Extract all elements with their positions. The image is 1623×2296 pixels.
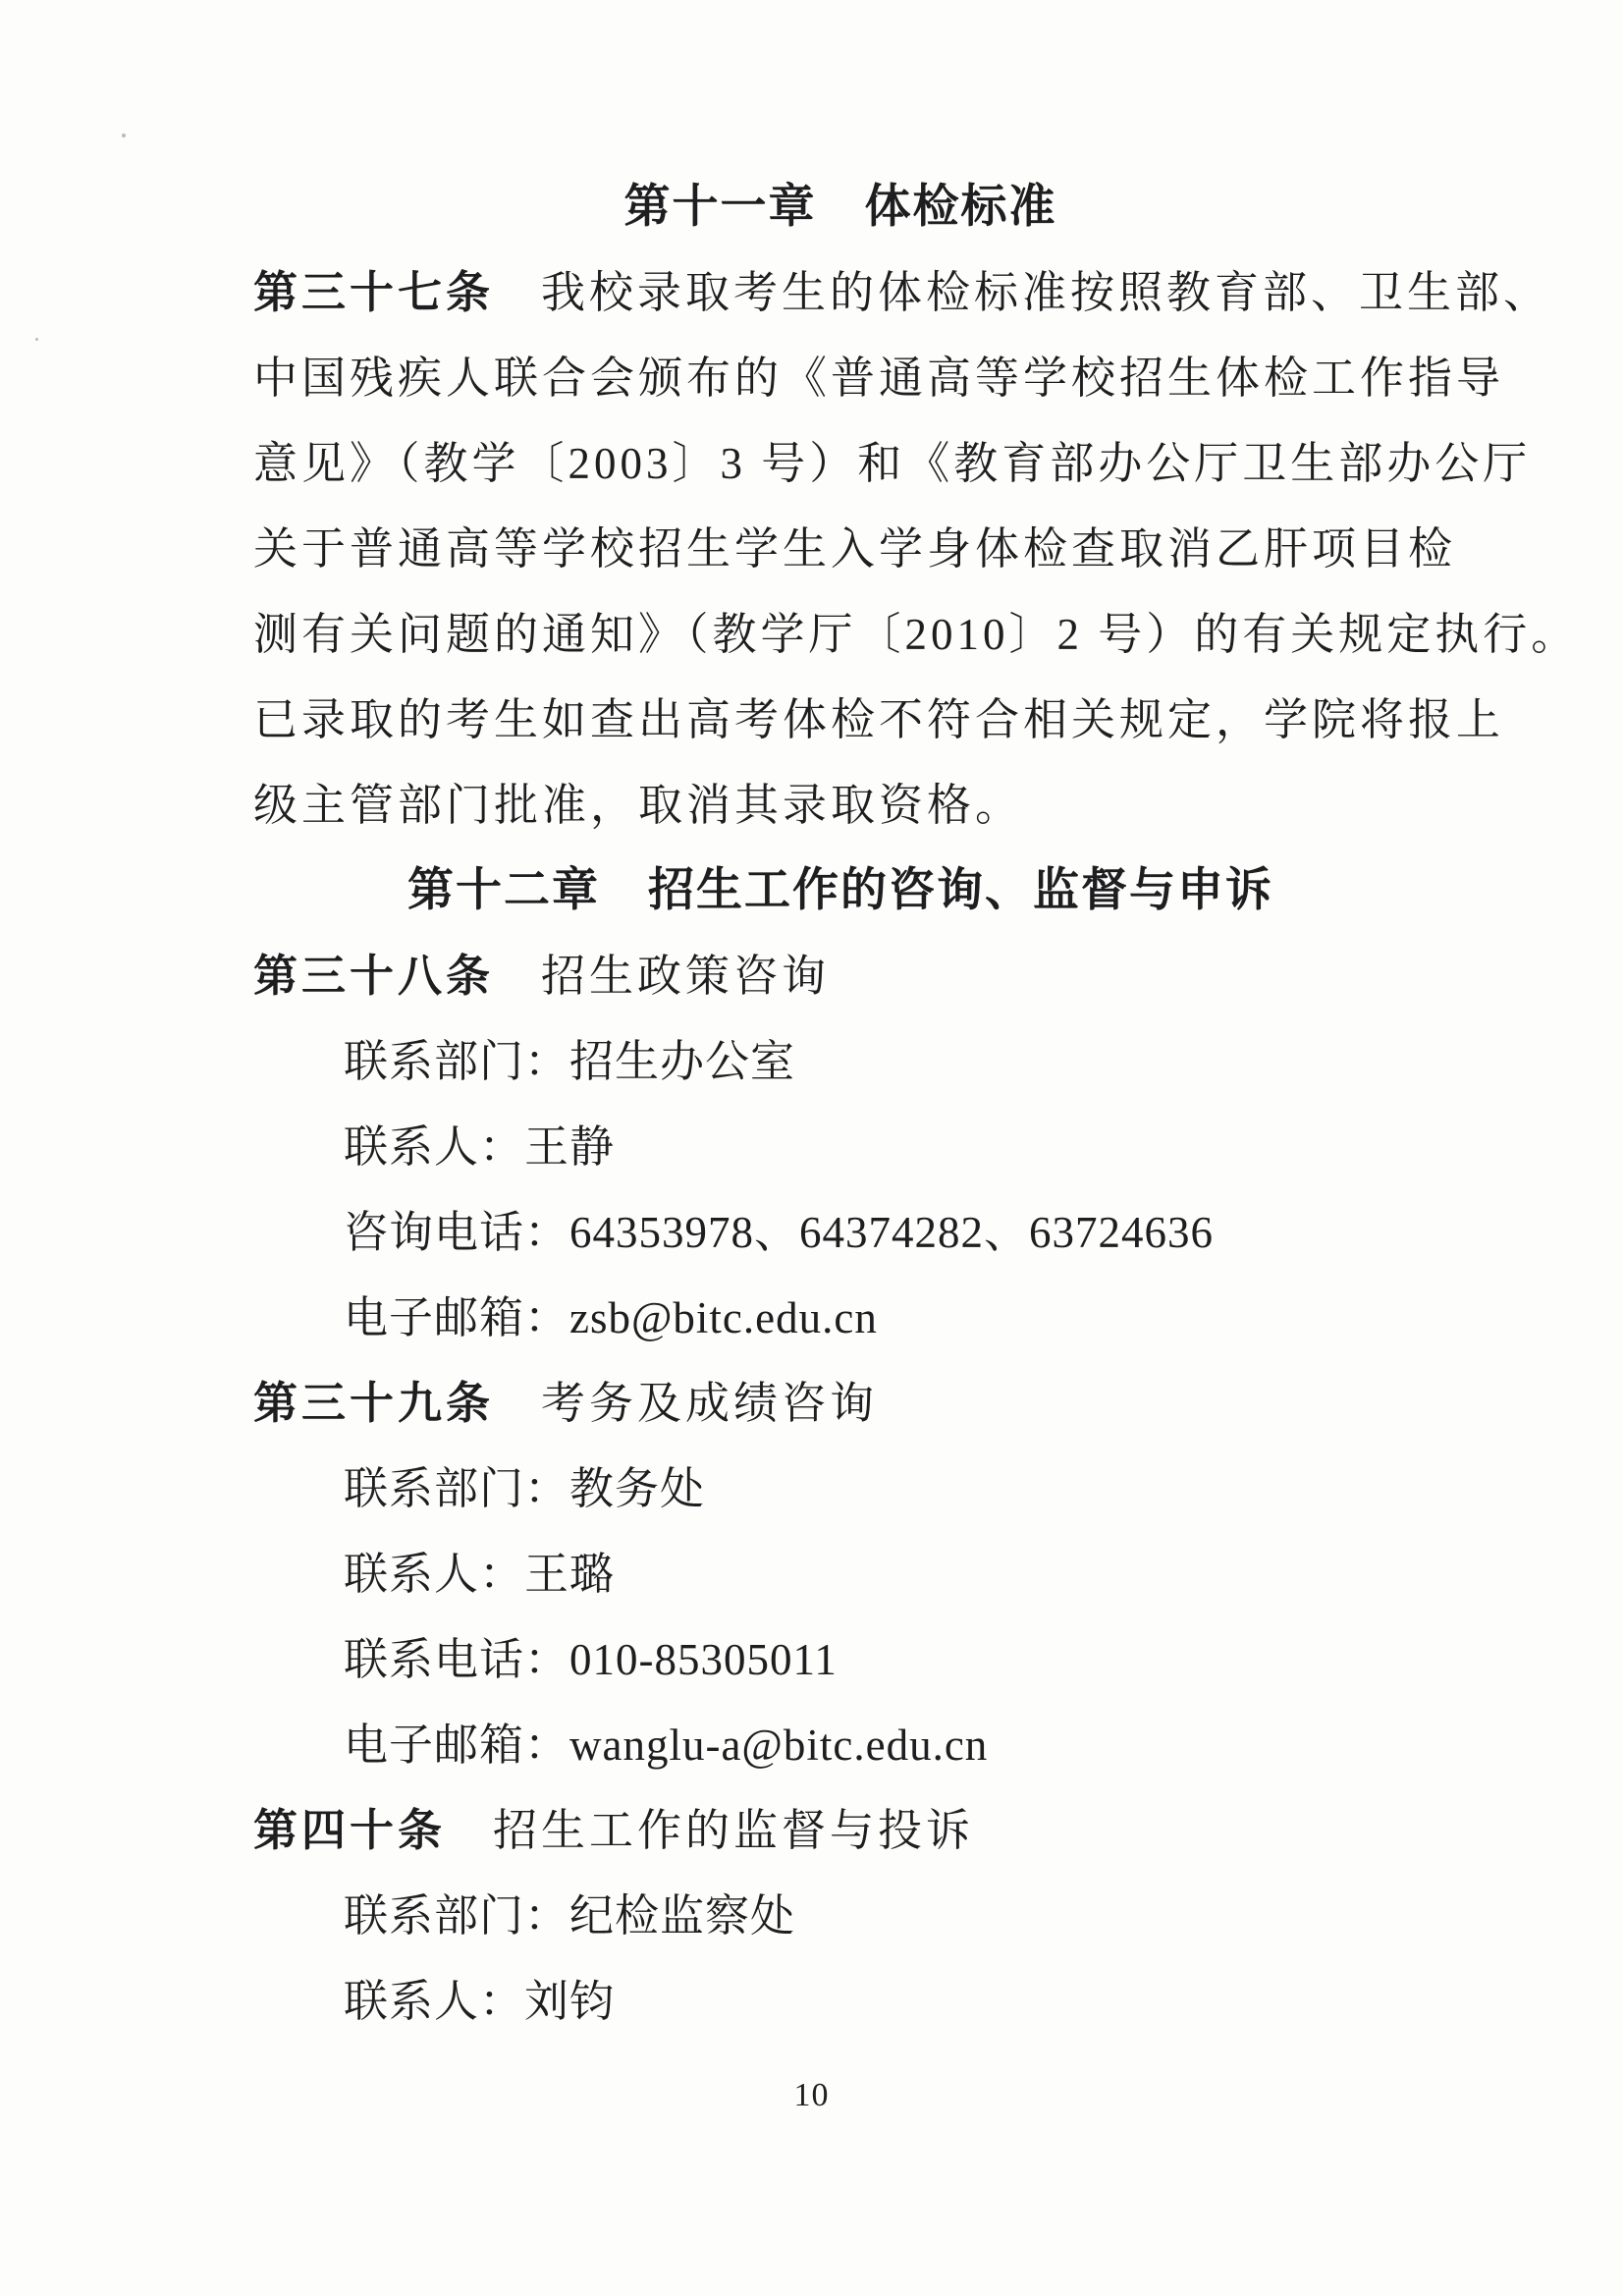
article-37-line-4: 关于普通高等学校招生学生入学身体检查取消乙肝项目检 [253,507,1428,592]
article-37-line-1: 第三十七条我校录取考生的体检标准按照教育部、卫生部、 [253,250,1428,336]
scan-speck [35,338,38,341]
article-39-heading-line: 第三十九条考务及成绩咨询 [253,1361,1428,1447]
article-37-line-2: 中国残疾人联合会颁布的《普通高等学校招生体检工作指导 [253,336,1428,421]
article-40-heading-line: 第四十条招生工作的监督与投诉 [253,1788,1428,1874]
article-39-contact-email: 电子邮箱：wanglu-a@bitc.edu.cn [253,1703,1428,1788]
article-37-line-5: 测有关问题的通知》（教学厅〔2010〕2 号）的有关规定执行。 [253,592,1428,678]
document-content: 第十一章 体检标准 第三十七条我校录取考生的体检标准按照教育部、卫生部、 中国残… [253,165,1428,2045]
article-37-line-7: 级主管部门批准，取消其录取资格。 [253,763,1428,848]
article-38-heading-line: 第三十八条招生政策咨询 [253,934,1428,1019]
article-39-contact-dept: 联系部门：教务处 [253,1447,1428,1532]
article-38-title: 招生政策咨询 [541,952,830,1001]
chapter-11-heading: 第十一章 体检标准 [253,165,1428,250]
article-40-contact-person: 联系人：刘钧 [253,1959,1428,2045]
article-37-text-1: 我校录取考生的体检标准按照教育部、卫生部、 [541,268,1551,317]
article-37-line-3: 意见》（教学〔2003〕3 号）和《教育部办公厅卫生部办公厅 [253,421,1428,507]
article-38-contact-phone: 咨询电话：64353978、64374282、63724636 [253,1190,1428,1276]
article-38-contact-email: 电子邮箱：zsb@bitc.edu.cn [253,1276,1428,1361]
article-39-title: 考务及成绩咨询 [541,1379,878,1428]
document-page: 第十一章 体检标准 第三十七条我校录取考生的体检标准按照教育部、卫生部、 中国残… [0,0,1623,2296]
article-39-contact-phone: 联系电话：010-85305011 [253,1617,1428,1703]
chapter-12-heading: 第十二章 招生工作的咨询、监督与申诉 [253,848,1428,934]
article-37-line-6: 已录取的考生如查出高考体检不符合相关规定，学院将报上 [253,678,1428,763]
article-39-contact-person: 联系人：王璐 [253,1532,1428,1617]
article-39-label: 第三十九条 [253,1379,494,1428]
article-40-contact-dept: 联系部门：纪检监察处 [253,1874,1428,1959]
page-number: 10 [0,2074,1623,2117]
article-38-contact-person: 联系人：王静 [253,1105,1428,1190]
article-38-label: 第三十八条 [253,952,494,1001]
article-40-title: 招生工作的监督与投诉 [493,1806,974,1855]
article-38-contact-dept: 联系部门：招生办公室 [253,1019,1428,1105]
article-40-label: 第四十条 [253,1806,446,1855]
scan-speck [122,134,126,137]
article-37-label: 第三十七条 [253,268,494,317]
